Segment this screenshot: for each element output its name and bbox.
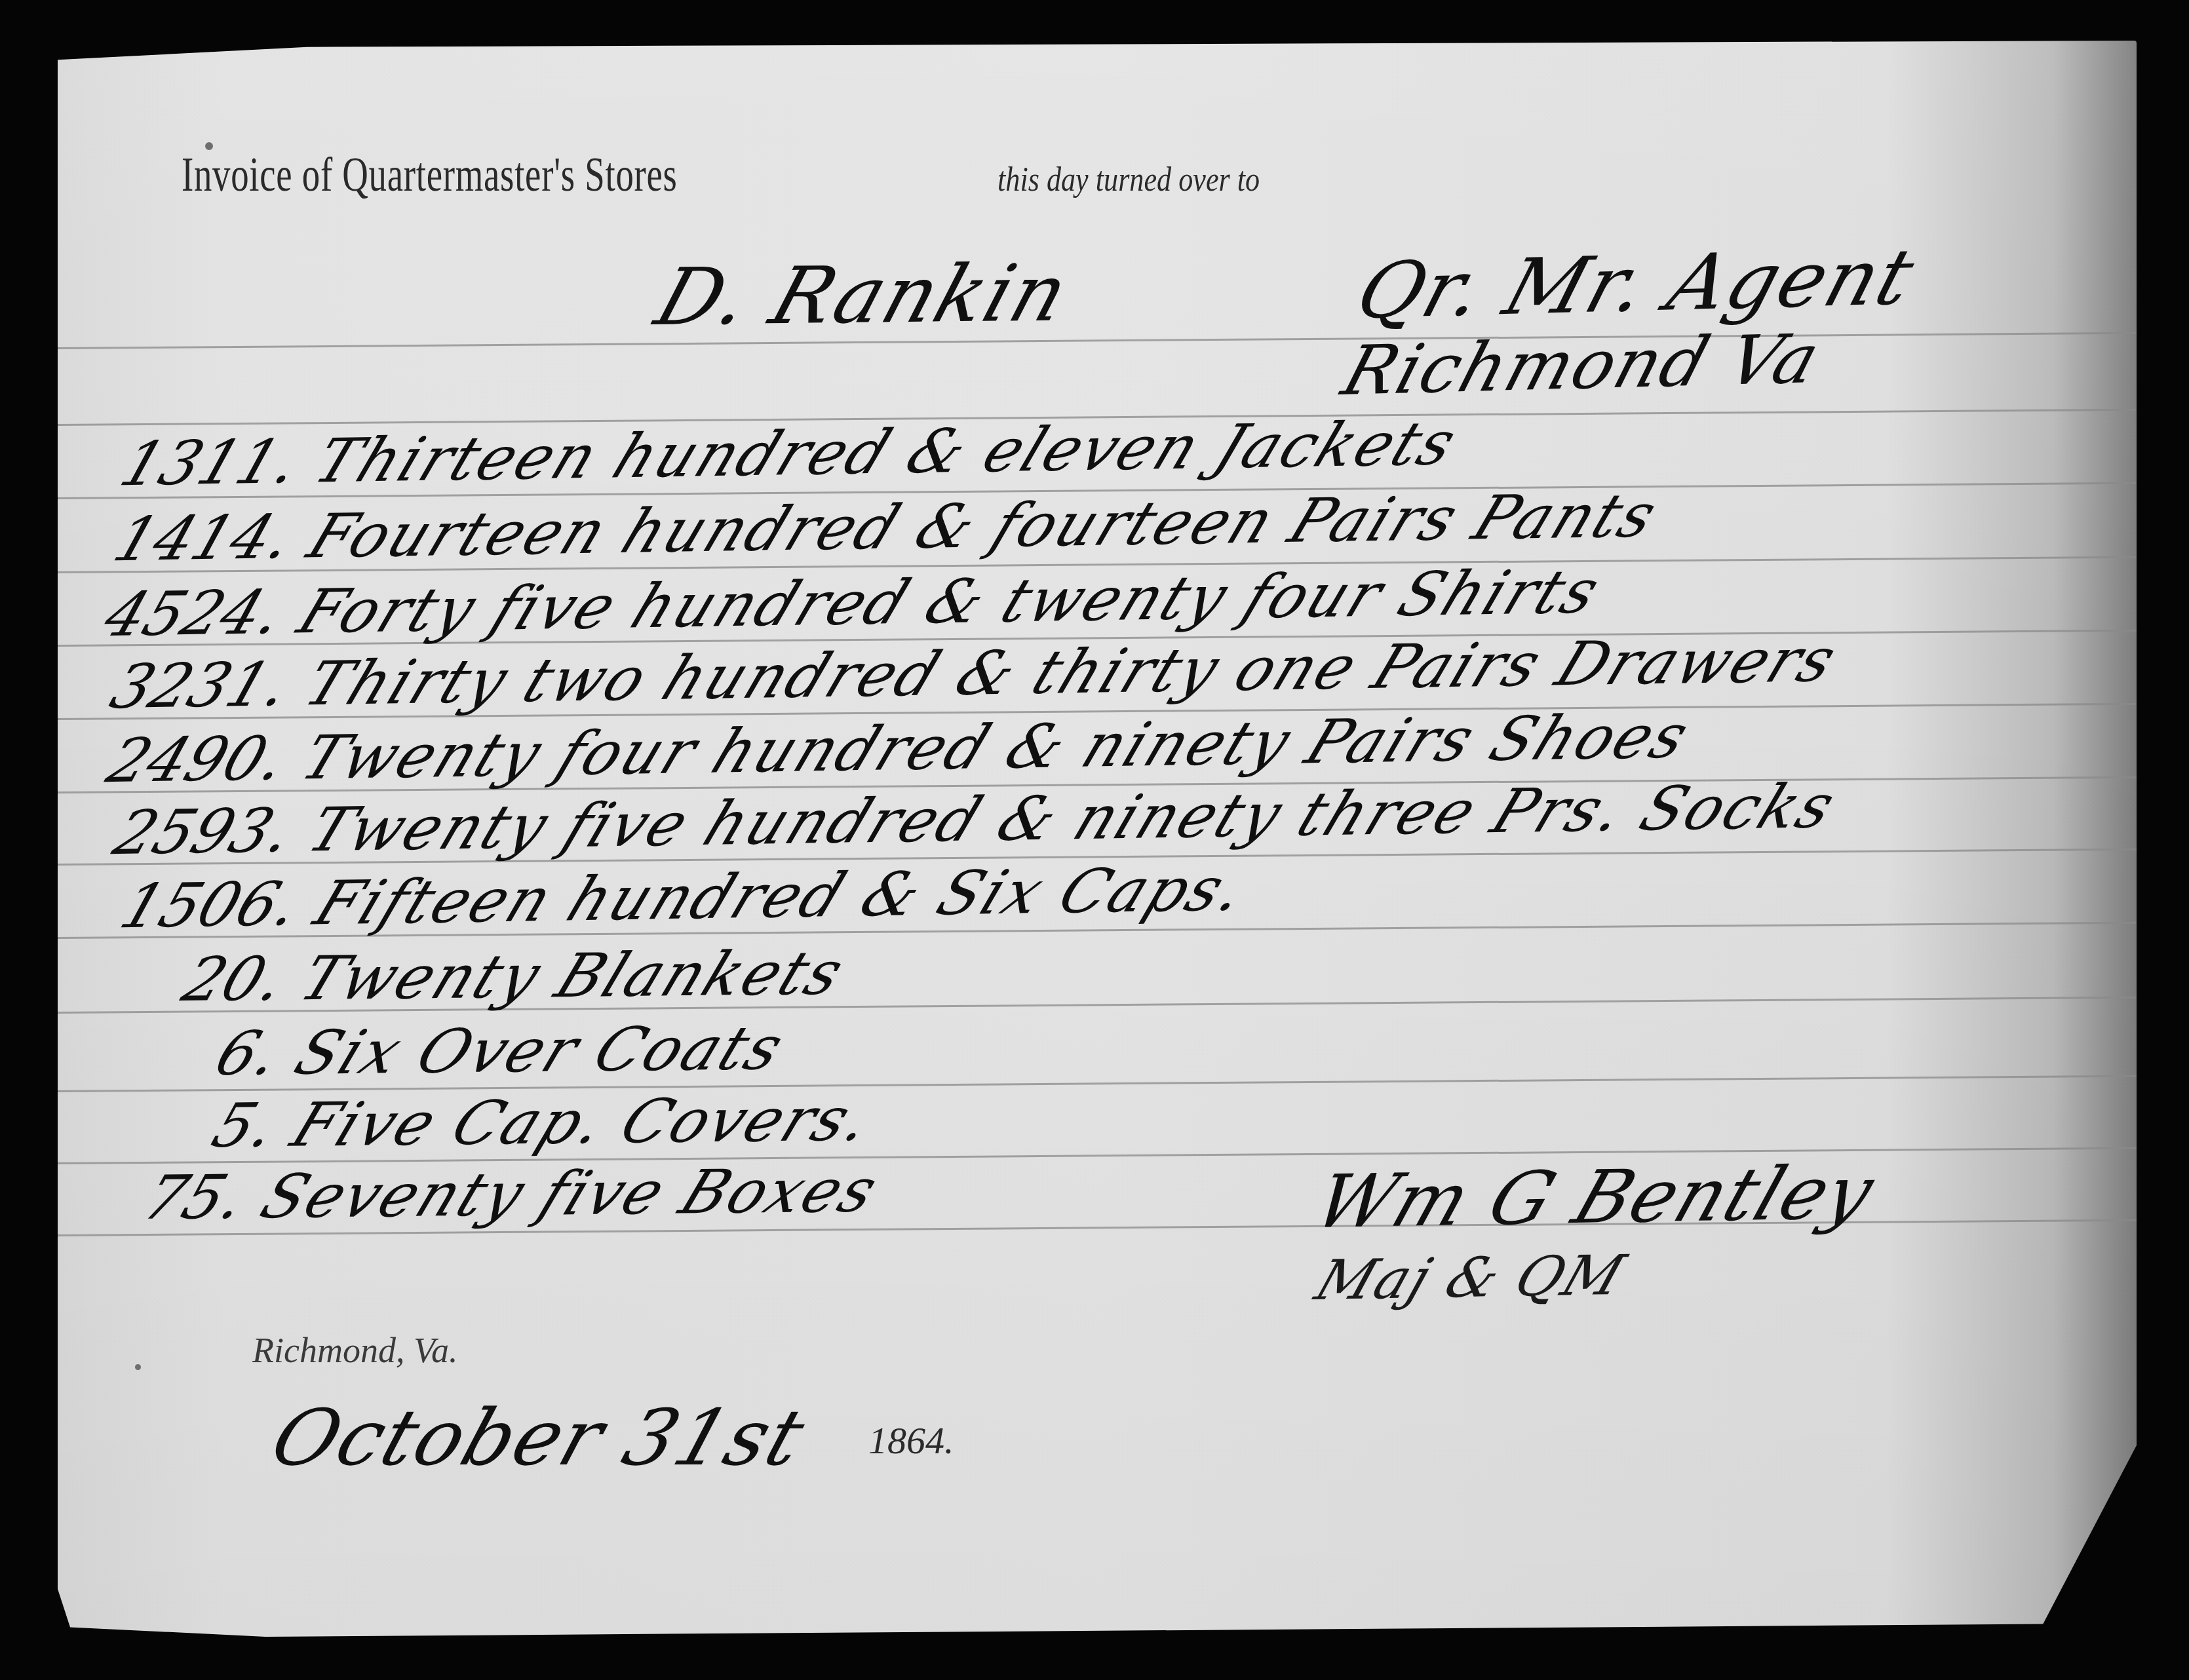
recipient-name: D. Rankin [646, 248, 1079, 343]
invoice-heading: Invoice of Quartermaster's Stores this d… [182, 147, 851, 203]
item-quantity: 3231. [102, 649, 300, 723]
heading-printed-text: Invoice of Quartermaster's Stores [182, 147, 678, 203]
date-year: 1864. [868, 1419, 954, 1462]
item-description: Fifteen hundred & Six Caps. [305, 854, 1258, 939]
line-item: 6.Six Over Coats [219, 1013, 781, 1089]
line-item: 20.Twenty Blankets [186, 938, 842, 1015]
item-description: Five Cap. Covers. [282, 1084, 883, 1160]
line-item: 75.Seventy five Boxes [147, 1155, 876, 1233]
place-printed: Richmond, Va. [252, 1330, 457, 1371]
signature: Wm G Bentley [1304, 1150, 1886, 1245]
recipient-title: Qr. Mr. Agent [1347, 231, 1926, 336]
item-quantity: 5. [204, 1090, 286, 1161]
item-quantity: 6. [207, 1018, 290, 1089]
item-quantity: 2593. [106, 795, 303, 869]
item-description: Twenty Blankets [291, 938, 855, 1014]
item-description: Seventy five Boxes [252, 1155, 889, 1232]
line-item: 5.Five Cap. Covers. [216, 1084, 870, 1161]
item-quantity: 1414. [106, 502, 303, 575]
item-quantity: 4524. [96, 577, 293, 651]
item-quantity: 20. [174, 944, 295, 1015]
date-handwritten: October 31st [261, 1392, 817, 1483]
item-quantity: 75. [135, 1162, 256, 1233]
item-quantity: 1506. [112, 869, 309, 942]
paper-speck [135, 1364, 141, 1370]
item-quantity: 1311. [112, 427, 309, 500]
heading-italic-text: this day turned over to [998, 161, 1260, 199]
signer-title: Maj & QM [1308, 1243, 1634, 1312]
item-quantity: 2490. [99, 723, 296, 797]
item-description: Six Over Coats [285, 1013, 795, 1088]
recipient-location: Richmond Va [1334, 318, 1829, 411]
